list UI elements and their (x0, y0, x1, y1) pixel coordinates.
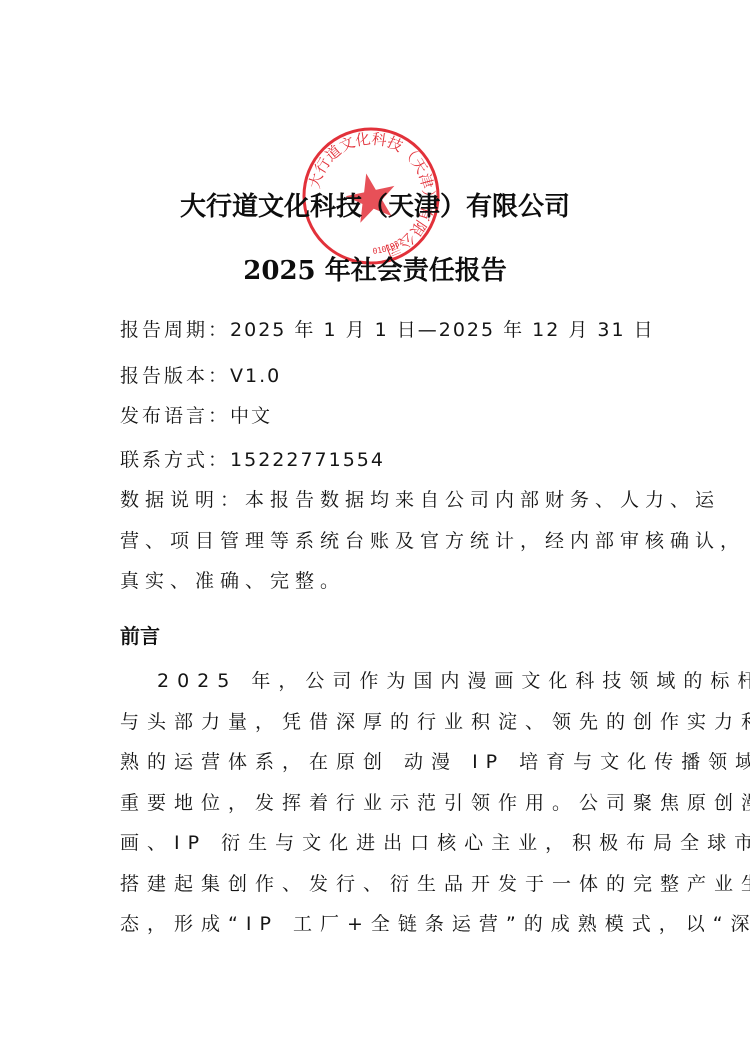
meta-label: 报告版本： (120, 365, 230, 387)
meta-label: 发布语言： (120, 405, 230, 427)
meta-report-version: 报告版本：V1.0 (120, 364, 281, 388)
paragraph-line: 重要地位，发挥着行业示范引领作用。公司聚焦原创漫 (120, 791, 640, 832)
paragraph-line: 熟的运营体系，在原创 动漫 IP 培育与文化传播领域占据 (120, 750, 640, 791)
paragraph-line: 真实、准确、完整。 (120, 569, 640, 610)
meta-label: 联系方式： (120, 449, 230, 471)
meta-contact: 联系方式：15222771554 (120, 448, 385, 472)
paragraph-line: 营、项目管理等系统台账及官方统计，经内部审核确认， (120, 529, 640, 570)
paragraph-line: 数据说明：本报告数据均来自公司内部财务、人力、运 (120, 488, 640, 529)
meta-value: V1.0 (230, 365, 281, 387)
preface-paragraph: 2025 年，公司作为国内漫画文化科技领域的标杆企业 与头部力量，凭借深厚的行业… (120, 669, 640, 953)
meta-label: 报告周期： (120, 319, 230, 341)
company-title: 大行道文化科技（天津）有限公司 (0, 186, 750, 223)
meta-report-period: 报告周期：2025 年 1 月 1 日—2025 年 12 月 31 日 (120, 318, 655, 342)
paragraph-line: 画、IP 衍生与文化进出口核心主业，积极布局全球市场， (120, 831, 640, 872)
paragraph-line: 与头部力量，凭借深厚的行业积淀、领先的创作实力和成 (120, 710, 640, 751)
meta-value: 2025 年 1 月 1 日—2025 年 12 月 31 日 (230, 319, 655, 341)
paragraph-line: 态，形成“IP 工厂+全链条运营”的成熟模式，以“深耕国 (120, 912, 640, 953)
meta-value: 中文 (230, 405, 272, 427)
paragraph-line: 2025 年，公司作为国内漫画文化科技领域的标杆企业 (120, 669, 640, 710)
data-note-paragraph: 数据说明：本报告数据均来自公司内部财务、人力、运 营、项目管理等系统台账及官方统… (120, 488, 640, 610)
document-page: 大行道文化科技（天津）有限公司 0101932 大行道文化科技（天津）有限公司 … (0, 0, 750, 1061)
paragraph-line: 搭建起集创作、发行、衍生品开发于一体的完整产业生 (120, 872, 640, 913)
preface-heading: 前言 (120, 620, 160, 649)
meta-release-language: 发布语言：中文 (120, 404, 272, 428)
meta-value: 15222771554 (230, 449, 385, 471)
report-title: 2025 年社会责任报告 (0, 250, 750, 287)
